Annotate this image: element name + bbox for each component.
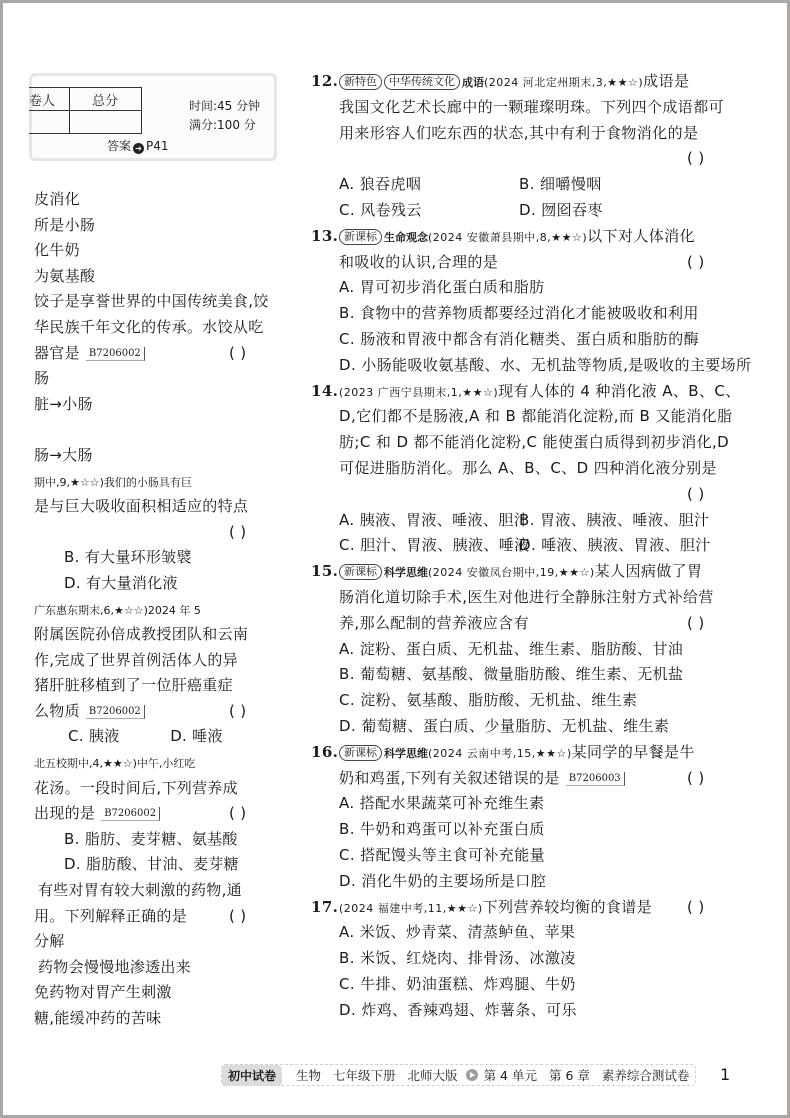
stem-text: 肠消化道切除手术,医生对他进行全静脉注射方式补给营 xyxy=(311,585,741,611)
answer-blank[interactable]: ( ) xyxy=(229,699,246,725)
option-c[interactable]: C. 搭配馒头等主食可补充能量 xyxy=(311,843,741,869)
question-number: 17. xyxy=(311,895,338,921)
page-footer: 初中试卷 生物 七年级下册 北师大版 第 4 单元 第 6 章 素养综合测试卷 xyxy=(221,1064,696,1086)
text-line: 期中,9,★☆☆)我们的小肠具有巨 xyxy=(34,469,304,495)
option-b[interactable]: B. 牛奶和鸡蛋可以补充蛋白质 xyxy=(311,817,741,843)
question-12: 12. 新特色中华传统文化成语(2024 河北定州期末,3,★★☆)成语是 我国… xyxy=(311,69,741,224)
answer-ref-page: P41 xyxy=(146,139,169,153)
text: 么物质 xyxy=(34,702,80,720)
option-d[interactable]: D. 囫囵吞枣 xyxy=(519,198,603,224)
option-d[interactable]: D. 消化牛奶的主要场所是口腔 xyxy=(311,869,741,895)
option-a[interactable]: A. 狼吞虎咽 xyxy=(339,172,519,198)
tag-traditional-culture: 中华传统文化 xyxy=(384,74,460,90)
grade: 七年级下册 xyxy=(333,1066,396,1084)
option-a[interactable]: A. 米饭、炒青菜、清蒸鲈鱼、苹果 xyxy=(311,920,741,946)
answer-reference: 答案➜P41 xyxy=(107,137,169,154)
option-d[interactable]: D. 小肠能吸收氨基酸、水、无机盐等物质,是吸收的主要场所 xyxy=(311,353,741,379)
answer-blank[interactable]: ( ) xyxy=(229,341,246,367)
text: 出现的是 xyxy=(34,804,95,822)
text-line: 为氨基酸 xyxy=(34,264,304,290)
text-line: 皮消化 xyxy=(34,187,304,213)
tag-new-standard: 新课标 xyxy=(339,564,382,580)
option-c[interactable]: C. 肠液和胃液中都含有消化糖类、蛋白质和脂肪的酶 xyxy=(311,327,741,353)
text-line: 花汤。一段时间后,下列营养成 xyxy=(34,776,304,802)
text-line: 肠 xyxy=(34,366,304,392)
question-13: 13. 新课标生命观念(2024 安徽萧县期中,8,★★☆)以下对人体消化 和吸… xyxy=(311,224,741,379)
tag-new-feature: 新特色 xyxy=(339,74,382,90)
total-score-header: 总分 xyxy=(69,88,141,111)
option-c[interactable]: C. 胆汁、胃液、胰液、唾液 xyxy=(339,533,519,559)
grader-header: 卷人 xyxy=(29,88,69,111)
category-label: 成语 xyxy=(462,76,484,89)
text-line: 所是小肠 xyxy=(34,213,304,239)
text-line: 作,完成了世界首例活体人的异 xyxy=(34,648,304,674)
time-limit: 时间:45 分钟 xyxy=(189,97,260,116)
text-line: 华民族千年文化的传承。水饺从吃 xyxy=(34,315,304,341)
question-number: 14. xyxy=(311,379,338,405)
text-line: 肠→大肠 xyxy=(34,443,304,469)
score-table: 卷人 总分 xyxy=(29,87,142,134)
option-b[interactable]: B. 葡萄糖、氨基酸、微量脂肪酸、维生素、无机盐 xyxy=(311,662,741,688)
question-code: B7206002 xyxy=(101,807,160,821)
text-line: 猪肝脏移植到了一位肝癌重症 xyxy=(34,673,304,699)
total-score-cell[interactable] xyxy=(69,111,141,134)
stem-text: 我国文化艺术长廊中的一颗璀璨明珠。下列四个成语都可 xyxy=(311,95,741,121)
option-b[interactable]: B. 细嚼慢咽 xyxy=(519,172,602,198)
option-a[interactable]: A. 淀粉、蛋白质、无机盐、维生素、脂肪酸、甘油 xyxy=(311,637,741,663)
option-line: B. 有大量环形皱襞 xyxy=(34,545,304,571)
text-line: 北五校期中,4,★★☆)中午,小红吃 xyxy=(34,750,304,776)
question-14: 14. (2023 广西宁县期末,1,★★☆)现有人体的 4 种消化液 A、B、… xyxy=(311,379,741,560)
answer-blank[interactable]: ( ) xyxy=(687,250,705,276)
stem-text: 用来形容人们吃东西的状态,其中有利于食物消化的是 xyxy=(311,121,741,147)
question-number: 15. xyxy=(311,559,338,585)
question-15: 15. 新课标科学思维(2024 安徽凤台期中,19,★★☆)某人因病做了胃 肠… xyxy=(311,559,741,740)
option-d[interactable]: D. 唾液、胰液、胃液、胆汁 xyxy=(519,533,711,559)
stem-text: 可促进脂肪消化。那么 A、B、C、D 四种消化液分别是 xyxy=(311,456,741,482)
answer-blank[interactable]: ( ) xyxy=(229,904,246,930)
answer-ref-label: 答案 xyxy=(107,139,131,153)
text: 器官是 xyxy=(34,344,80,362)
question-source: (2024 云南中考,15,★★☆) xyxy=(428,747,572,760)
option-a[interactable]: A. 搭配水果蔬菜可补充维生素 xyxy=(311,791,741,817)
answer-blank[interactable]: ( ) xyxy=(687,146,705,172)
option-d[interactable]: D. 炸鸡、香辣鸡翅、炸薯条、可乐 xyxy=(311,998,741,1024)
question-16: 16. 新课标科学思维(2024 云南中考,15,★★☆)某同学的早餐是牛 奶和… xyxy=(311,740,741,895)
unit: 第 4 单元 xyxy=(484,1066,537,1084)
stem-text: 以下对人体消化 xyxy=(587,227,695,245)
answer-blank[interactable]: ( ) xyxy=(229,520,246,546)
text-line: 脏→小肠 xyxy=(34,392,304,418)
text-line-with-code: 出现的是B7206002 ( ) xyxy=(34,801,304,827)
text-line: 附属医院孙倍成教授团队和云南 xyxy=(34,622,304,648)
text-line: 有些对胃有较大刺激的药物,通 xyxy=(34,878,304,904)
option-c[interactable]: C. 风卷残云 xyxy=(339,198,519,224)
text-line-with-code: 器官是B7206002 ( ) xyxy=(34,341,304,367)
text-line: 是与巨大吸收面积相适应的特点 xyxy=(34,494,304,520)
question-number: 13. xyxy=(311,224,338,250)
page-number: 1 xyxy=(720,1065,730,1084)
stem-text: 养,那么配制的营养液应含有 xyxy=(339,614,529,632)
test-name: 素养综合测试卷 xyxy=(602,1066,690,1084)
stem-text: 现有人体的 4 种消化液 A、B、C、 xyxy=(498,382,740,400)
text-line: 饺子是享誉世界的中国传统美食,饺 xyxy=(34,289,304,315)
stem-text: 某同学的早餐是牛 xyxy=(572,743,695,761)
stem-text: 某人因病做了胃 xyxy=(595,562,703,580)
answer-line: ( ) xyxy=(34,520,304,546)
stem-text: 下列营养较均衡的食谱是 xyxy=(483,898,652,916)
score-panel: 卷人 总分 时间:45 分钟 满分:100 分 答案➜P41 xyxy=(29,73,277,161)
time-info: 时间:45 分钟 满分:100 分 xyxy=(189,97,260,135)
question-source: (2024 福建中考,11,★★☆) xyxy=(339,902,483,915)
option-c[interactable]: C. 淀粉、氨基酸、脂肪酸、无机盐、维生素 xyxy=(311,688,741,714)
option-line: C. 胰液 D. 唾液 xyxy=(34,724,304,750)
option-b[interactable]: B. 米饭、红烧肉、排骨汤、冰激凌 xyxy=(311,946,741,972)
question-source: (2024 安徽萧县期中,8,★★☆) xyxy=(428,231,587,244)
question-code: B7206002 xyxy=(86,347,145,361)
option-a[interactable]: A. 胰液、胃液、唾液、胆汁 xyxy=(339,508,519,534)
chapter: 第 6 章 xyxy=(549,1066,590,1084)
answer-blank[interactable]: ( ) xyxy=(687,482,705,508)
text-line: 广东惠东期末,6,★☆☆)2024 年 5 xyxy=(34,597,304,623)
option-a[interactable]: A. 胃可初步消化蛋白质和脂肪 xyxy=(311,275,741,301)
question-source: (2023 广西宁县期末,1,★★☆) xyxy=(339,386,498,399)
category-label: 科学思维 xyxy=(384,566,428,579)
stem-text: 和吸收的认识,合理的是 xyxy=(339,253,498,271)
option-line: B. 脂肪、麦芽糖、氨基酸 xyxy=(34,827,304,853)
subject: 生物 xyxy=(296,1066,321,1084)
edition: 北师大版 xyxy=(408,1066,458,1084)
text-line-with-code: 么物质B7206002 ( ) xyxy=(34,699,304,725)
text-line: 免药物对胃产生刺激 xyxy=(34,980,304,1006)
tag-new-standard: 新课标 xyxy=(339,745,382,761)
right-column: 12. 新特色中华传统文化成语(2024 河北定州期末,3,★★☆)成语是 我国… xyxy=(311,69,741,1023)
option-line: D. 有大量消化液 xyxy=(34,571,304,597)
answer-blank[interactable]: ( ) xyxy=(687,611,705,637)
answer-blank[interactable]: ( ) xyxy=(687,895,705,921)
text-line: 药物会慢慢地渗透出来 xyxy=(34,955,304,981)
arrow-right-icon: ➜ xyxy=(133,143,144,154)
category-label: 生命观念 xyxy=(384,231,428,244)
answer-blank[interactable]: ( ) xyxy=(229,801,246,827)
option-b[interactable]: B. 胃液、胰液、唾液、胆汁 xyxy=(519,508,709,534)
stem-text: D,它们都不是肠液,A 和 B 都能消化淀粉,而 B 又能消化脂 xyxy=(311,404,741,430)
exam-page: 卷人 总分 时间:45 分钟 满分:100 分 答案➜P41 皮消化 所是小肠 … xyxy=(3,3,787,1115)
question-code: B7206002 xyxy=(86,705,145,719)
text-line-with-answer: 用。下列解释正确的是 ( ) xyxy=(34,904,304,930)
question-number: 12. xyxy=(311,69,338,95)
answer-blank[interactable]: ( ) xyxy=(687,766,705,792)
option-line: D. 脂肪酸、甘油、麦芽糖 xyxy=(34,852,304,878)
option-b[interactable]: B. 食物中的营养物质都要经过消化才能被吸收和利用 xyxy=(311,301,741,327)
text-line: 化牛奶 xyxy=(34,238,304,264)
text-line: 分解 xyxy=(34,929,304,955)
category-label: 科学思维 xyxy=(384,747,428,760)
question-source: (2024 河北定州期末,3,★★☆) xyxy=(484,76,643,89)
stem-text: 肪;C 和 D 都不能消化淀粉,C 能使蛋白质得到初步消化,D xyxy=(311,430,741,456)
brand-label: 初中试卷 xyxy=(222,1065,282,1086)
full-score: 满分:100 分 xyxy=(189,116,260,135)
option-d[interactable]: D. 葡萄糖、蛋白质、少量脂肪、无机盐、维生素 xyxy=(311,714,741,740)
grader-cell[interactable] xyxy=(29,111,69,134)
stem-text: 奶和鸡蛋,下列有关叙述错误的是 xyxy=(339,769,560,787)
text-line: 糖,能缓冲药的苦味 xyxy=(34,1006,304,1032)
stem-text: 成语是 xyxy=(643,72,689,90)
text-line xyxy=(34,417,304,443)
question-source: (2024 安徽凤台期中,19,★★☆) xyxy=(428,566,595,579)
left-column: 皮消化 所是小肠 化牛奶 为氨基酸 饺子是享誉世界的中国传统美食,饺 华民族千年… xyxy=(34,187,304,1032)
text: 用。下列解释正确的是 xyxy=(34,907,187,925)
question-code: B7206003 xyxy=(566,772,625,786)
question-number: 16. xyxy=(311,740,338,766)
tag-new-standard: 新课标 xyxy=(339,229,382,245)
option-c[interactable]: C. 牛排、奶油蛋糕、炸鸡腿、牛奶 xyxy=(311,972,741,998)
question-17: 17. (2024 福建中考,11,★★☆)下列营养较均衡的食谱是 ( ) A.… xyxy=(311,895,741,1024)
play-icon xyxy=(466,1069,478,1081)
